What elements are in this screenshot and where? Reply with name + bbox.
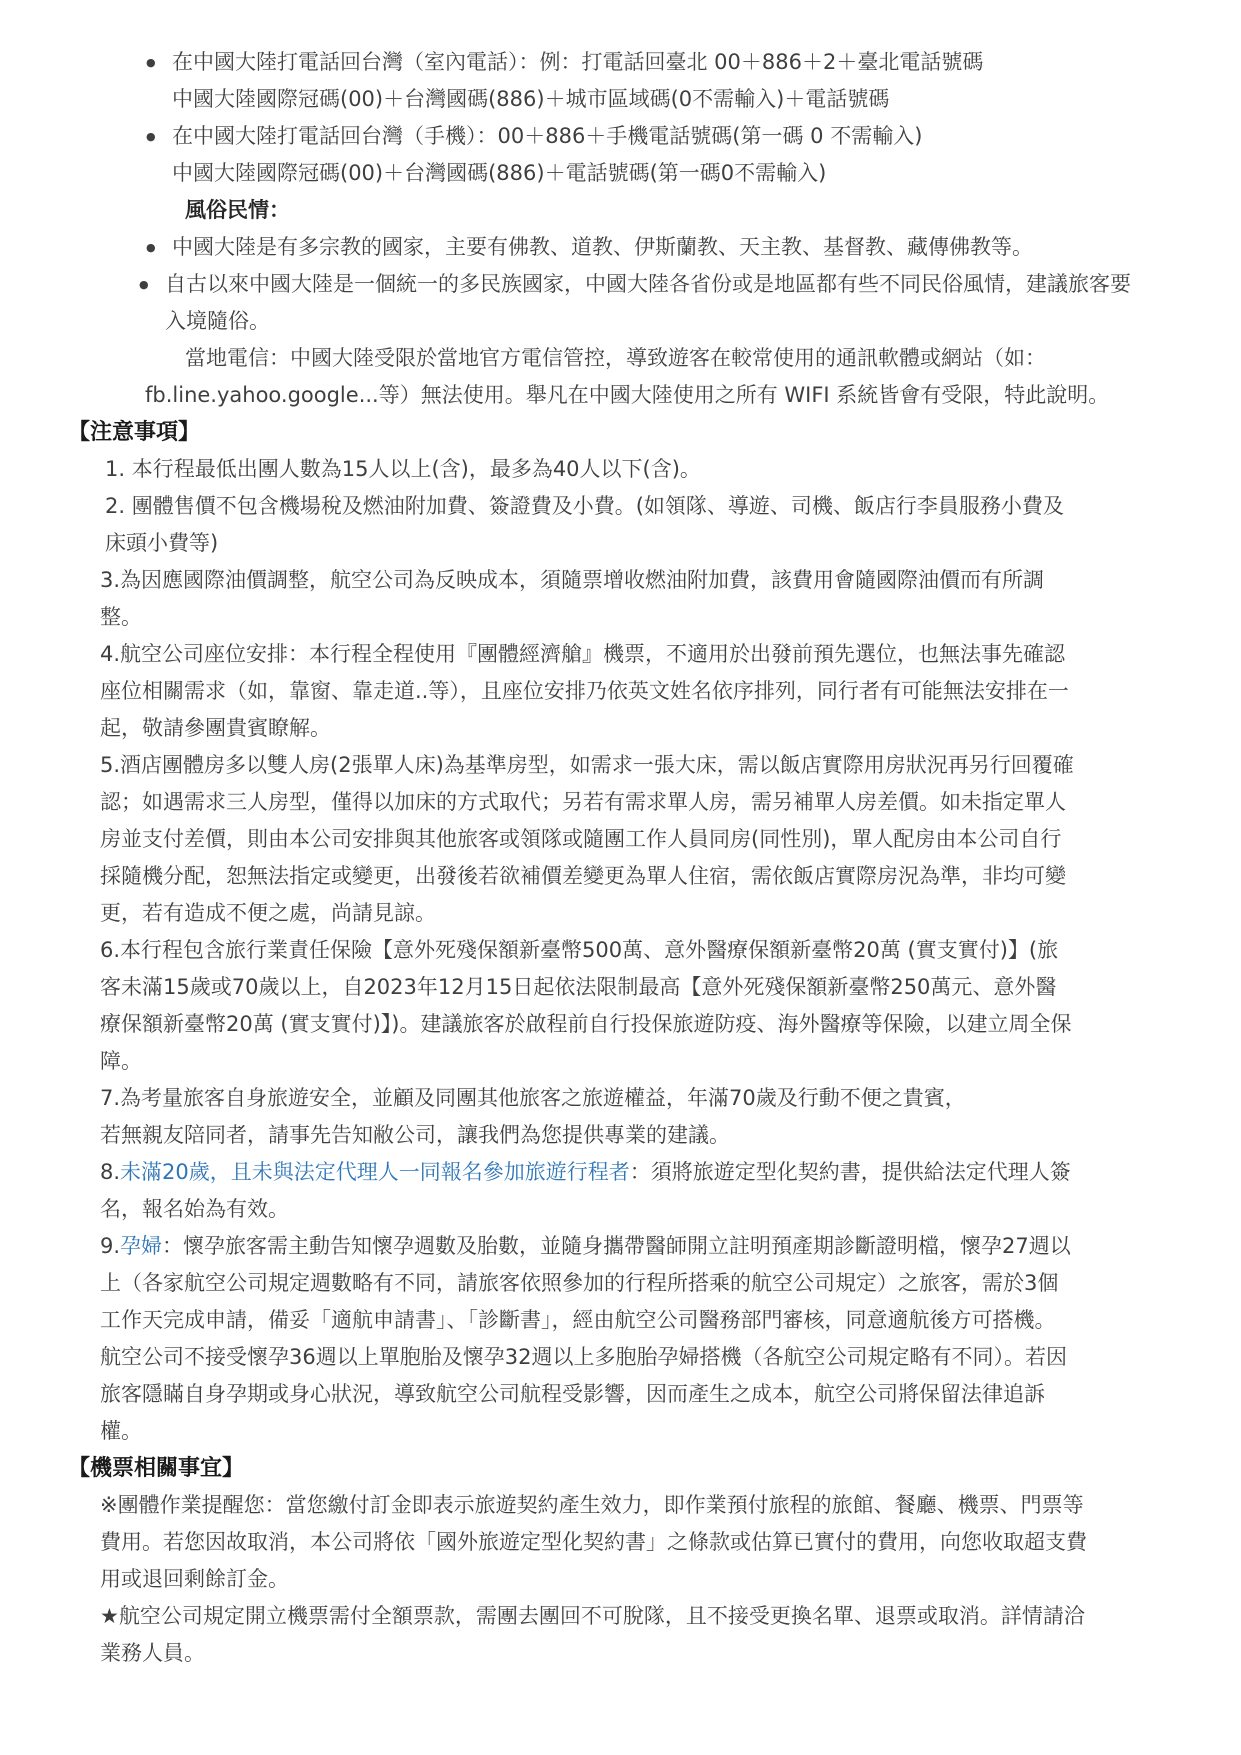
telecom-paragraph: 當地電信：中國大陸受限於當地官方電信管控，導致遊客在較常使用的通訊軟體或網站（如…	[145, 340, 1149, 414]
note-text: 為考量旅客自身旅遊安全，並顧及同團其他旅客之旅遊權益，年滿70歲及行動不便之貴賓…	[100, 1086, 966, 1147]
note-number: 9.	[100, 1234, 120, 1258]
phone-line-formula: 中國大陸國際冠碼(00)＋台灣國碼(886)＋城市區域碼(0不需輸入)＋電話號碼	[172, 81, 983, 118]
bullet-icon: ●	[146, 229, 172, 266]
customs-bullet-text: 中國大陸是有多宗教的國家，主要有佛教、道教、伊斯蘭教、天主教、基督教、藏傳佛教等…	[172, 229, 1033, 266]
note-text: 酒店團體房多以雙人房(2張單人床)為基準房型，如需求一張大床，需以飯店實際用房狀…	[100, 753, 1074, 925]
note-item: 8.未滿20歲，且未與法定代理人一同報名參加旅遊行程者：須將旅遊定型化契約書，提…	[100, 1154, 1075, 1228]
note-number: 1.	[105, 457, 132, 481]
note-item: 9.孕婦：懷孕旅客需主動告知懷孕週數及胎數，並隨身攜帶醫師開立註明預產期診斷證明…	[100, 1228, 1075, 1450]
note-number: 4.	[100, 642, 120, 666]
note-text: 本行程最低出團人數為15人以上(含)，最多為40人以下(含)。	[132, 457, 701, 481]
phone-line-formula: 中國大陸國際冠碼(00)＋台灣國碼(886)＋電話號碼(第一碼0不需輸入)	[172, 155, 922, 192]
phone-line-example: 在中國大陸打電話回台灣（手機）：00＋886＋手機電話號碼(第一碼 0 不需輸入…	[172, 118, 922, 155]
bullet-icon: ●	[146, 118, 172, 192]
customs-heading: 風俗民情：	[185, 192, 1241, 229]
note-highlight-text: 孕婦	[120, 1234, 162, 1258]
note-item: 1. 本行程最低出團人數為15人以上(含)，最多為40人以下(含)。	[105, 451, 1075, 488]
note-text: 航空公司座位安排：本行程全程使用『團體經濟艙』機票，不適用於出發前預先選位，也無…	[100, 642, 1069, 740]
note-text: 團體售價不包含機場稅及燃油附加費、簽證費及小費。(如領隊、導遊、司機、飯店行李員…	[105, 494, 1064, 555]
note-number: 3.	[100, 568, 120, 592]
phone-bullet-item: ●在中國大陸打電話回台灣（室內電話）：例：打電話回臺北 00＋886＋2＋臺北電…	[146, 44, 1121, 118]
ticket-deposit-paragraph: ※團體作業提醒您：當您繳付訂金即表示旅遊契約產生效力，即作業預付旅程的旅館、餐廳…	[100, 1487, 1091, 1598]
note-item: 7.為考量旅客自身旅遊安全，並顧及同團其他旅客之旅遊權益，年滿70歲及行動不便之…	[100, 1080, 1075, 1154]
ticket-star-paragraph: ★航空公司規定開立機票需付全額票款，需團去團回不可脫隊，且不接受更換名單、退票或…	[100, 1598, 1091, 1672]
notes-heading: 【注意事項】	[68, 414, 1241, 451]
note-item: 6.本行程包含旅行業責任保險【意外死殘保額新臺幣500萬、意外醫療保額新臺幣20…	[100, 932, 1075, 1080]
phone-bullet-item: ●在中國大陸打電話回台灣（手機）：00＋886＋手機電話號碼(第一碼 0 不需輸…	[146, 118, 1121, 192]
note-number: 6.	[100, 938, 120, 962]
note-item: 5.酒店團體房多以雙人房(2張單人床)為基準房型，如需求一張大床，需以飯店實際用…	[100, 747, 1075, 932]
note-item: 4.航空公司座位安排：本行程全程使用『團體經濟艙』機票，不適用於出發前預先選位，…	[100, 636, 1075, 747]
note-item: 3.為因應國際油價調整，航空公司為反映成本，須隨票增收燃油附加費，該費用會隨國際…	[100, 562, 1075, 636]
note-item: 2. 團體售價不包含機場稅及燃油附加費、簽證費及小費。(如領隊、導遊、司機、飯店…	[105, 488, 1075, 562]
note-text: ：懷孕旅客需主動告知懷孕週數及胎數，並隨身攜帶醫師開立註明預產期診斷證明檔，懷孕…	[100, 1234, 1071, 1443]
document-page: ●在中國大陸打電話回台灣（室內電話）：例：打電話回臺北 00＋886＋2＋臺北電…	[0, 0, 1241, 1755]
phone-bullet-list: ●在中國大陸打電話回台灣（室內電話）：例：打電話回臺北 00＋886＋2＋臺北電…	[0, 44, 1241, 192]
notes-list: 1. 本行程最低出團人數為15人以上(含)，最多為40人以下(含)。2. 團體售…	[0, 451, 1241, 1450]
note-number: 7.	[100, 1086, 120, 1110]
note-text: 為因應國際油價調整，航空公司為反映成本，須隨票增收燃油附加費，該費用會隨國際油價…	[100, 568, 1044, 629]
phone-line-example: 在中國大陸打電話回台灣（室內電話）：例：打電話回臺北 00＋886＋2＋臺北電話…	[172, 44, 983, 81]
phone-bullet-text: 在中國大陸打電話回台灣（室內電話）：例：打電話回臺北 00＋886＋2＋臺北電話…	[172, 44, 983, 118]
note-highlight-text: 未滿20歲，且未與法定代理人一同報名參加旅遊行程者	[120, 1160, 630, 1184]
note-number: 2.	[105, 494, 132, 518]
customs-bullet-item: ●自古以來中國大陸是一個統一的多民族國家，中國大陸各省份或是地區都有些不同民俗風…	[139, 266, 1149, 340]
ticket-paragraph-list: ※團體作業提醒您：當您繳付訂金即表示旅遊契約產生效力，即作業預付旅程的旅館、餐廳…	[0, 1487, 1241, 1672]
customs-bullet-text: 自古以來中國大陸是一個統一的多民族國家，中國大陸各省份或是地區都有些不同民俗風情…	[165, 266, 1149, 340]
customs-bullet-item: ●中國大陸是有多宗教的國家，主要有佛教、道教、伊斯蘭教、天主教、基督教、藏傳佛教…	[146, 229, 1149, 266]
bullet-icon: ●	[139, 266, 165, 340]
note-number: 8.	[100, 1160, 120, 1184]
customs-bullet-list: ●中國大陸是有多宗教的國家，主要有佛教、道教、伊斯蘭教、天主教、基督教、藏傳佛教…	[0, 229, 1241, 340]
ticket-heading: 【機票相關事宜】	[68, 1450, 1241, 1487]
bullet-icon: ●	[146, 44, 172, 118]
phone-bullet-text: 在中國大陸打電話回台灣（手機）：00＋886＋手機電話號碼(第一碼 0 不需輸入…	[172, 118, 922, 192]
note-number: 5.	[100, 753, 120, 777]
note-text: 本行程包含旅行業責任保險【意外死殘保額新臺幣500萬、意外醫療保額新臺幣20萬 …	[100, 938, 1071, 1073]
